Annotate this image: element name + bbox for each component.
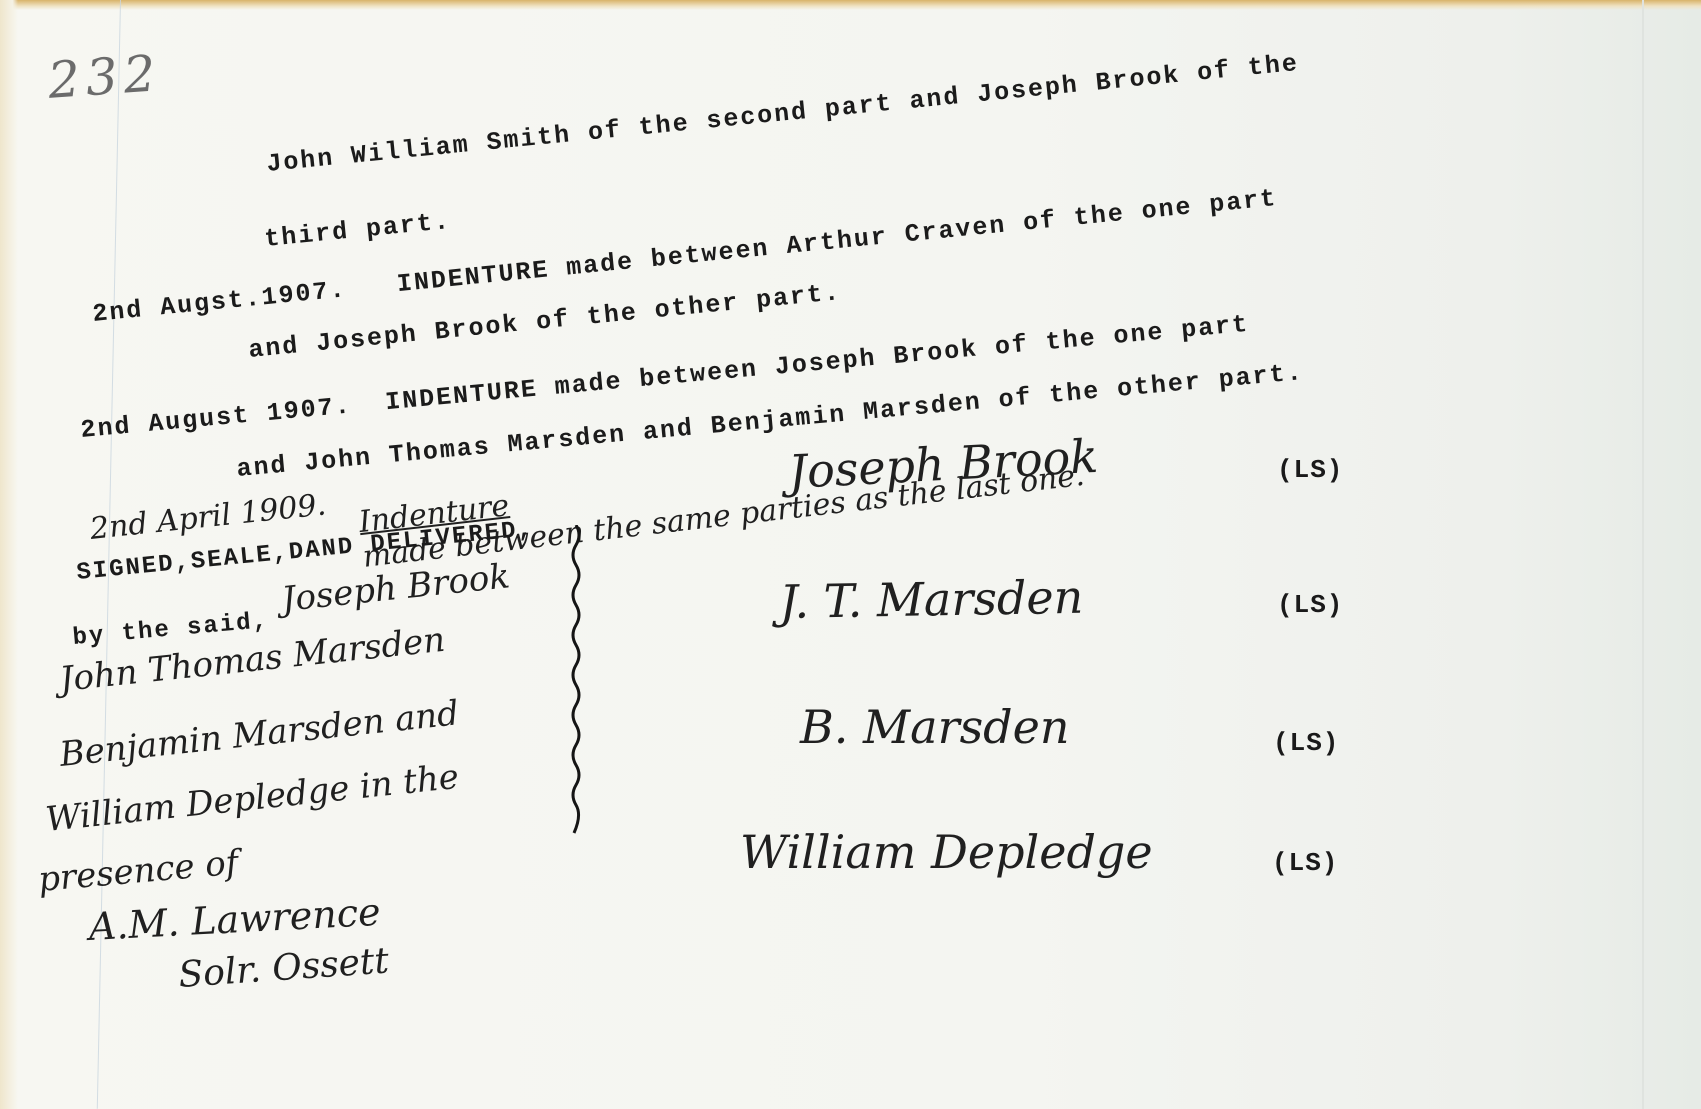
signature-b-marsden: B. Marsden bbox=[800, 700, 1069, 754]
page-fold-left bbox=[0, 0, 18, 1109]
seal-ls: (LS) bbox=[1277, 590, 1343, 620]
curly-brace bbox=[566, 525, 586, 835]
page-fold-right bbox=[1642, 0, 1644, 1109]
seal-ls: (LS) bbox=[1272, 848, 1338, 878]
seal-ls: (LS) bbox=[1277, 455, 1343, 485]
seal-ls: (LS) bbox=[1273, 728, 1339, 758]
typed-line: John William Smith of the second part an… bbox=[265, 49, 1300, 179]
page-edge-top bbox=[0, 0, 1701, 10]
typed-line: third part. bbox=[263, 207, 452, 254]
witness-title: Solr. Ossett bbox=[177, 940, 390, 996]
page-number: 232 bbox=[46, 44, 163, 110]
attestation-date: 2nd April 1909. bbox=[88, 487, 327, 547]
signature-william-depledge: William Depledge bbox=[740, 825, 1153, 879]
signature-jt-marsden: J. T. Marsden bbox=[779, 570, 1084, 629]
witness-name: A.M. Lawrence bbox=[88, 890, 382, 949]
attesting-party: presence of bbox=[37, 843, 240, 900]
